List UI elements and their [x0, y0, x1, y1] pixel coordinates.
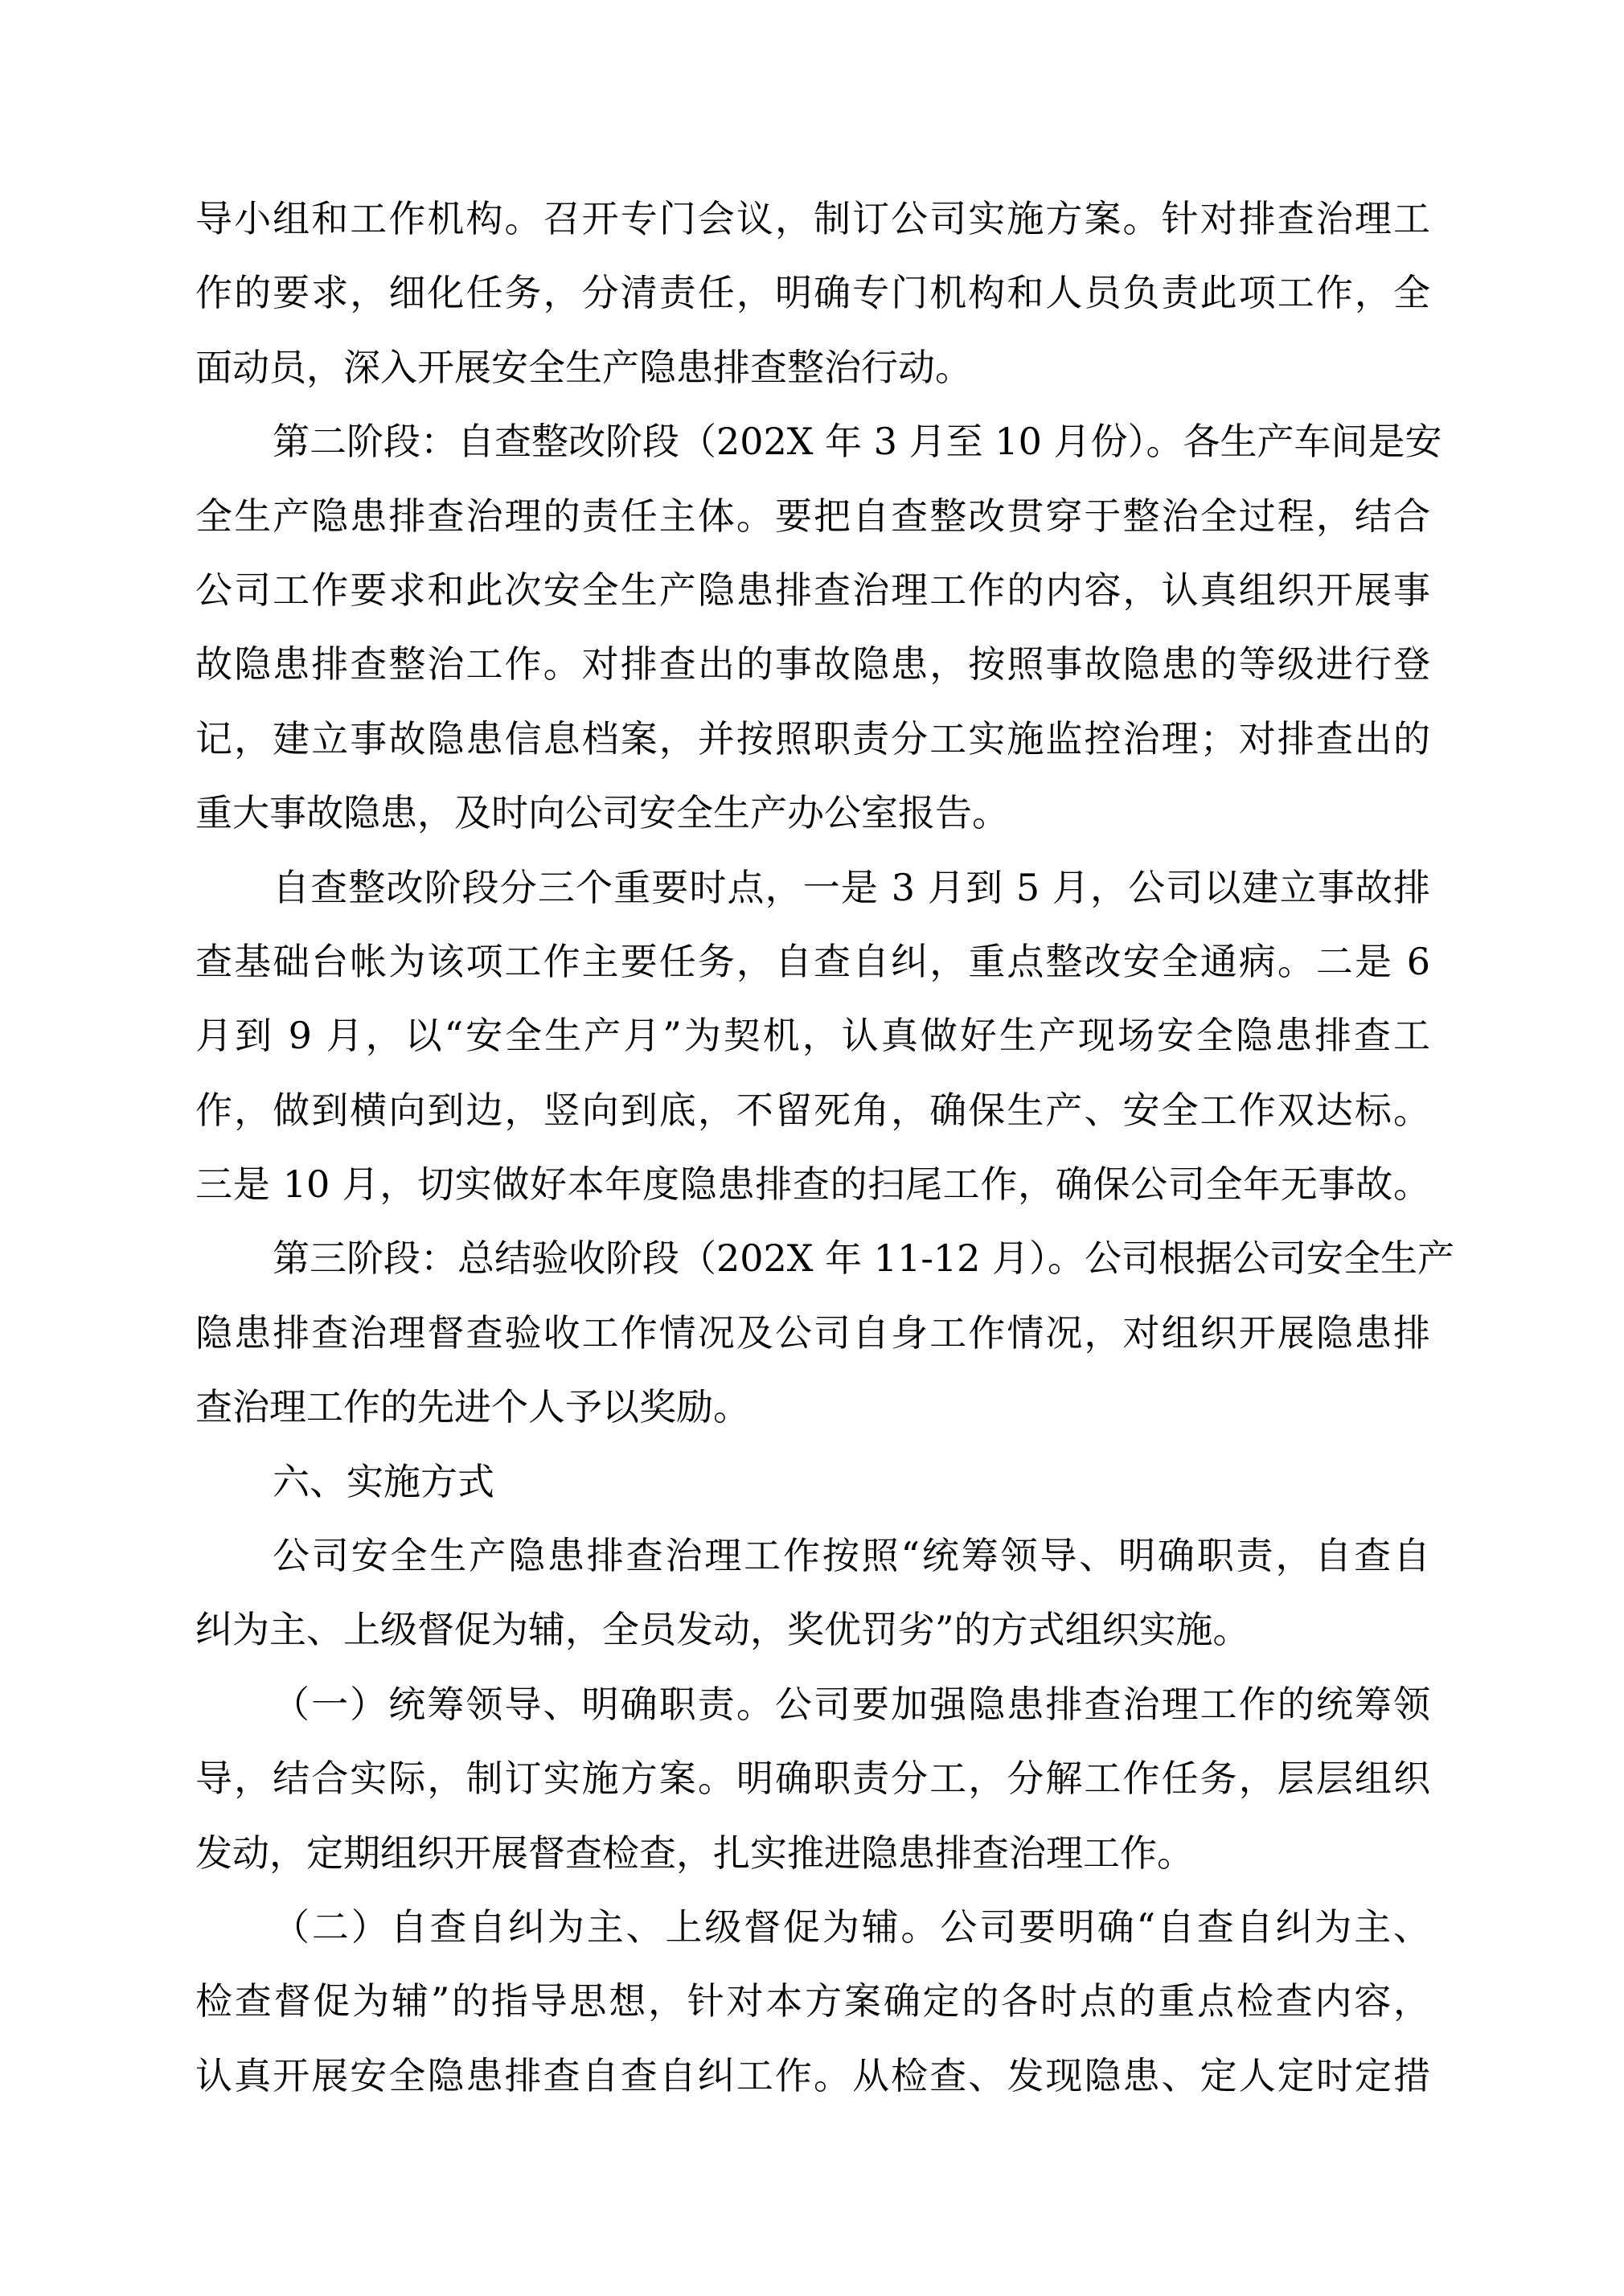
document-page: 导小组和工作机构。召开专门会议，制订公司实施方案。针对排查治理工 作的要求，细化…	[0, 0, 1624, 2296]
text-line: 查基础台帐为该项工作主要任务，自查自纠，重点整改安全通病。二是 6	[195, 925, 1430, 998]
text-line: （一）统筹领导、明确职责。公司要加强隐患排查治理工作的统筹领	[195, 1667, 1430, 1741]
section-heading-implementation: 六、实施方式	[195, 1445, 1430, 1519]
text-line: 第三阶段：总结验收阶段（202X 年 11-12 月）。公司根据公司安全生产	[195, 1221, 1430, 1295]
paragraph-phase-three: 第三阶段：总结验收阶段（202X 年 11-12 月）。公司根据公司安全生产 隐…	[195, 1221, 1430, 1444]
text-line: 月到 9 月，以“安全生产月”为契机，认真做好生产现场安全隐患排查工	[195, 998, 1430, 1072]
paragraph-item-one: （一）统筹领导、明确职责。公司要加强隐患排查治理工作的统筹领 导，结合实际，制订…	[195, 1667, 1430, 1890]
text-line: 检查督促为辅”的指导思想，针对本方案确定的各时点的重点检查内容，	[195, 1964, 1430, 2038]
text-line: 面动员，深入开展安全生产隐患排查整治行动。	[195, 330, 1430, 404]
text-line: 公司安全生产隐患排查治理工作按照“统筹领导、明确职责，自查自	[195, 1519, 1430, 1593]
text-line: 查治理工作的先进个人予以奖励。	[195, 1370, 1430, 1444]
paragraph-implementation-overview: 公司安全生产隐患排查治理工作按照“统筹领导、明确职责，自查自 纠为主、上级督促为…	[195, 1519, 1430, 1667]
text-line: 记，建立事故隐患信息档案，并按照职责分工实施监控治理；对排查出的	[195, 702, 1430, 776]
text-line: （二）自查自纠为主、上级督促为辅。公司要明确“自查自纠为主、	[195, 1890, 1430, 1964]
text-line: 作，做到横向到边，竖向到底，不留死角，确保生产、安全工作双达标。	[195, 1073, 1430, 1147]
text-line: 自查整改阶段分三个重要时点，一是 3 月到 5 月，公司以建立事故排	[195, 851, 1430, 925]
text-line: 全生产隐患排查治理的责任主体。要把自查整改贯穿于整治全过程，结合	[195, 479, 1430, 553]
text-line: 导小组和工作机构。召开专门会议，制订公司实施方案。针对排查治理工	[195, 182, 1430, 256]
paragraph-self-check-timepoints: 自查整改阶段分三个重要时点，一是 3 月到 5 月，公司以建立事故排 查基础台帐…	[195, 851, 1430, 1222]
section-heading: 六、实施方式	[195, 1445, 1430, 1519]
text-line: 三是 10 月，切实做好本年度隐患排查的扫尾工作，确保公司全年无事故。	[195, 1147, 1430, 1221]
text-line: 认真开展安全隐患排查自查自纠工作。从检查、发现隐患、定人定时定措	[195, 2039, 1430, 2113]
text-line: 重大事故隐患，及时向公司安全生产办公室报告。	[195, 776, 1430, 850]
paragraph-leadership-setup: 导小组和工作机构。召开专门会议，制订公司实施方案。针对排查治理工 作的要求，细化…	[195, 182, 1430, 404]
text-line: 隐患排查治理督查验收工作情况及公司自身工作情况，对组织开展隐患排	[195, 1296, 1430, 1370]
paragraph-phase-two: 第二阶段：自查整改阶段（202X 年 3 月至 10 月份）。各生产车间是安 全…	[195, 404, 1430, 850]
text-line: 公司工作要求和此次安全生产隐患排查治理工作的内容，认真组织开展事	[195, 553, 1430, 627]
text-line: 作的要求，细化任务，分清责任，明确专门机构和人员负责此项工作，全	[195, 256, 1430, 330]
text-line: 发动，定期组织开展督查检查，扎实推进隐患排查治理工作。	[195, 1816, 1430, 1890]
document-body: 导小组和工作机构。召开专门会议，制订公司实施方案。针对排查治理工 作的要求，细化…	[195, 182, 1430, 2113]
text-line: 导，结合实际，制订实施方案。明确职责分工，分解工作任务，层层组织	[195, 1741, 1430, 1815]
paragraph-item-two: （二）自查自纠为主、上级督促为辅。公司要明确“自查自纠为主、 检查督促为辅”的指…	[195, 1890, 1430, 2113]
text-line: 故隐患排查整治工作。对排查出的事故隐患，按照事故隐患的等级进行登	[195, 627, 1430, 701]
text-line: 纠为主、上级督促为辅，全员发动，奖优罚劣”的方式组织实施。	[195, 1593, 1430, 1667]
text-line: 第二阶段：自查整改阶段（202X 年 3 月至 10 月份）。各生产车间是安	[195, 404, 1430, 478]
